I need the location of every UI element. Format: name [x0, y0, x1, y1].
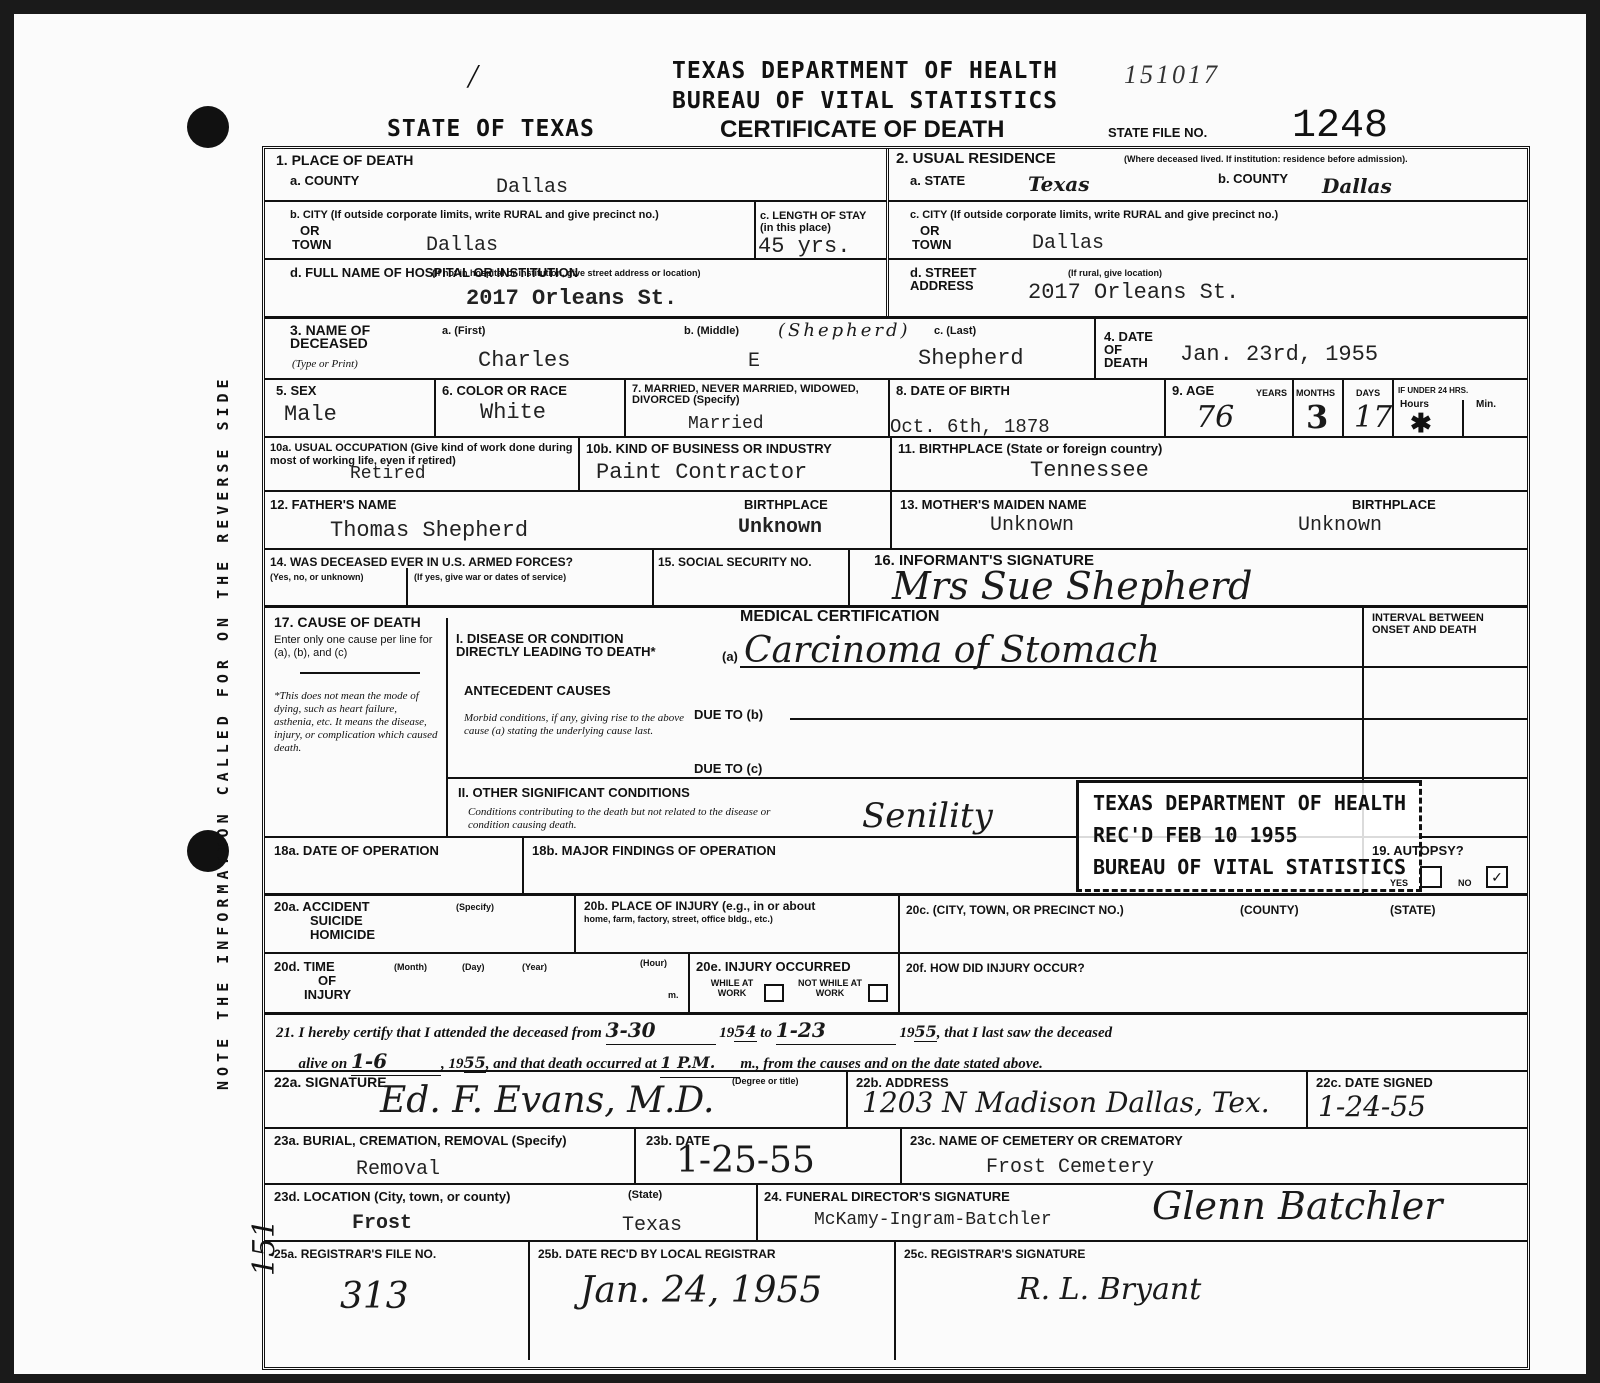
- due-to-c-label: DUE TO (c): [694, 762, 762, 775]
- cause-a-value: Carcinoma of Stomach: [744, 630, 1160, 671]
- year-prefix: 19: [719, 1025, 734, 1041]
- pod-hospital-value: 2017 Orleans St.: [466, 286, 677, 311]
- last-name-label: c. (Last): [934, 326, 976, 336]
- age-years-value: 76: [1196, 400, 1234, 435]
- middle-name-hand: (Shepherd): [778, 320, 911, 341]
- burial-type-value: Removal: [356, 1158, 440, 1181]
- autopsy-label: 19. AUTOPSY?: [1372, 844, 1464, 857]
- place-of-death-label: 1. PLACE OF DEATH: [276, 154, 413, 167]
- injury-occurred-label: 20e. INJURY OCCURRED: [696, 960, 851, 973]
- burial-type-label: 23a. BURIAL, CREMATION, REMOVAL (Specify…: [274, 1134, 567, 1147]
- burial-location-value: Frost: [352, 1212, 412, 1235]
- res-city-town: TOWN: [912, 238, 951, 251]
- res-city-value: Dallas: [1032, 232, 1104, 255]
- registrar-date-value: Jan. 24, 1955: [580, 1270, 822, 1311]
- pod-county-value: Dallas: [496, 176, 568, 199]
- sex-label: 5. SEX: [276, 384, 316, 397]
- certify-text-5: m., from the causes and on the date stat…: [740, 1056, 1043, 1072]
- to-word: to: [760, 1025, 772, 1041]
- injury-state-label: (STATE): [1390, 904, 1436, 917]
- pod-stay-value: 45 yrs.: [758, 234, 850, 259]
- document-title: CERTIFICATE OF DEATH: [720, 116, 1004, 144]
- age-label: 9. AGE: [1172, 384, 1214, 397]
- received-stamp: TEXAS DEPARTMENT OF HEALTH REC'D FEB 10 …: [1076, 780, 1422, 892]
- cause-note: *This does not mean the mode of dying, s…: [274, 690, 438, 755]
- age-days-label: DAYS: [1356, 388, 1380, 398]
- how-injury-label: 20f. HOW DID INJURY OCCUR?: [906, 962, 1085, 975]
- father-birthplace-value: Unknown: [738, 516, 822, 539]
- certification-statement: 21. I hereby certify that I attended the…: [276, 1016, 1112, 1078]
- other-conditions-value: Senility: [862, 796, 993, 836]
- birthplace-value: Tennessee: [1030, 458, 1149, 483]
- burial-state-value: Texas: [622, 1214, 682, 1237]
- pod-stay-label: c. LENGTH OF STAY (in this place): [760, 210, 880, 234]
- res-street-value: 2017 Orleans St.: [1028, 280, 1239, 305]
- injury-m-label: m.: [668, 990, 679, 1000]
- father-name-label: 12. FATHER'S NAME: [270, 498, 396, 511]
- autopsy-yes-checkbox[interactable]: [1420, 866, 1442, 888]
- burial-state-label: (State): [628, 1190, 662, 1200]
- name-sublabel: (Type or Print): [292, 358, 358, 371]
- injury-time-injury: INJURY: [304, 988, 351, 1001]
- res-street-label: d. STREET ADDRESS: [910, 266, 1000, 292]
- hand-mark: /: [468, 58, 477, 96]
- while-at-work-label: WHILE AT WORK: [700, 978, 764, 998]
- injury-place-label: 20b. PLACE OF INJURY (e.g., in or about: [584, 900, 815, 913]
- state-file-number: 1248: [1292, 104, 1388, 149]
- hours-mark: ✱: [1410, 408, 1432, 439]
- other-conditions-label: II. OTHER SIGNIFICANT CONDITIONS: [458, 786, 690, 799]
- injury-type-suicide: SUICIDE: [310, 914, 363, 927]
- physician-signature: Ed. F. Evans, M.D.: [380, 1080, 714, 1121]
- physician-address: 1203 N Madison Dallas, Tex.: [862, 1086, 1270, 1119]
- year-prefix: 19: [899, 1025, 914, 1041]
- date-of-death-label: 4. DATE OF DEATH: [1104, 330, 1164, 369]
- injury-type-homicide: HOMICIDE: [310, 928, 375, 941]
- certify-text-2: that I last saw the deceased: [944, 1025, 1112, 1041]
- funeral-director-label: 24. FUNERAL DIRECTOR'S SIGNATURE: [764, 1190, 1010, 1203]
- dob-label: 8. DATE OF BIRTH: [896, 384, 1010, 397]
- pod-city-or: OR: [300, 224, 320, 237]
- date-of-death-value: Jan. 23rd, 1955: [1180, 342, 1378, 367]
- race-value: White: [480, 400, 546, 425]
- last-seen-date: 1-6: [351, 1047, 441, 1076]
- autopsy-no-label: NO: [1458, 878, 1472, 888]
- pod-city-label: b. CITY (If outside corporate limits, wr…: [290, 210, 659, 220]
- cemetery-label: 23c. NAME OF CEMETERY OR CREMATORY: [910, 1134, 1183, 1147]
- injury-place-examples: home, farm, factory, street, office bldg…: [584, 914, 773, 924]
- middle-name-value: E: [748, 350, 760, 373]
- name-label: 3. NAME OF DECEASED: [290, 324, 400, 350]
- cause-instructions: Enter only one cause per line for (a), (…: [274, 634, 438, 660]
- antecedent-label: ANTECEDENT CAUSES: [464, 684, 611, 697]
- state-title: STATE OF TEXAS: [387, 116, 595, 142]
- side-note: NOTE THE INFORMATION CALLED FOR ON THE R…: [214, 374, 232, 1090]
- stamp-line-1: TEXAS DEPARTMENT OF HEALTH: [1093, 791, 1406, 815]
- usual-residence-label: 2. USUAL RESIDENCE: [896, 152, 1056, 165]
- under-24-label: IF UNDER 24 HRS.: [1398, 386, 1468, 396]
- injury-year-label: (Year): [522, 962, 547, 972]
- mother-birthplace-label: BIRTHPLACE: [1352, 498, 1436, 511]
- injury-county-label: (COUNTY): [1240, 904, 1299, 917]
- pod-city-town: TOWN: [292, 238, 331, 251]
- agency-title: TEXAS DEPARTMENT OF HEALTH: [672, 58, 1058, 84]
- race-label: 6. COLOR OR RACE: [442, 384, 567, 397]
- operation-findings-label: 18b. MAJOR FINDINGS OF OPERATION: [532, 844, 776, 857]
- pod-city-value: Dallas: [426, 234, 498, 257]
- punch-hole: [187, 106, 229, 148]
- physician-signature-label: 22a. SIGNATURE: [274, 1076, 387, 1089]
- hand-number: 151017: [1124, 60, 1220, 90]
- registrar-signature: R. L. Bryant: [1018, 1272, 1201, 1307]
- pod-hospital-note: (If not in hospital or institution, give…: [432, 268, 701, 278]
- usual-residence-note: (Where deceased lived. If institution: r…: [1124, 154, 1408, 164]
- last-name-value: Shepherd: [918, 346, 1024, 371]
- occupation-value: Retired: [350, 464, 426, 484]
- while-at-work-checkbox[interactable]: [764, 984, 784, 1002]
- mother-birthplace-value: Unknown: [1298, 514, 1382, 537]
- armed-forces-label: 14. WAS DECEASED EVER IN U.S. ARMED FORC…: [270, 556, 573, 569]
- bureau-title: BUREAU OF VITAL STATISTICS: [672, 88, 1058, 114]
- funeral-director-signature: Glenn Batchler: [1152, 1184, 1442, 1228]
- degree-label: (Degree or title): [732, 1076, 799, 1086]
- certify-text-3: alive on: [299, 1056, 348, 1072]
- res-county-label: b. COUNTY: [1218, 172, 1288, 185]
- pod-county-label: a. COUNTY: [290, 174, 359, 187]
- res-state-value: Texas: [1028, 172, 1089, 196]
- injury-location-label: 20c. (CITY, TOWN, OR PRECINCT NO.): [906, 904, 1124, 917]
- not-while-at-work-checkbox[interactable]: [868, 984, 888, 1002]
- attended-from-date: 3-30: [606, 1016, 716, 1045]
- mother-name-label: 13. MOTHER'S MAIDEN NAME: [900, 498, 1087, 511]
- marital-label: 7. MARRIED, NEVER MARRIED, WIDOWED, DIVO…: [632, 384, 882, 406]
- operation-date-label: 18a. DATE OF OPERATION: [274, 844, 439, 857]
- armed-forces-sub2: (If yes, give war or dates of service): [414, 572, 566, 582]
- first-name-label: a. (First): [442, 326, 485, 336]
- last-seen-year: 55: [464, 1053, 486, 1073]
- informant-signature: Mrs Sue Shepherd: [892, 564, 1253, 608]
- mother-name-value: Unknown: [990, 514, 1074, 537]
- registrar-signature-label: 25c. REGISTRAR'S SIGNATURE: [904, 1248, 1085, 1261]
- business-value: Paint Contractor: [596, 460, 807, 485]
- due-to-b-label: DUE TO (b): [694, 708, 763, 721]
- not-while-at-work-label: NOT WHILE AT WORK: [794, 978, 866, 998]
- dob-value: Oct. 6th, 1878: [890, 416, 1050, 438]
- injury-specify: (Specify): [456, 902, 494, 912]
- year-prefix: 19: [449, 1056, 464, 1072]
- birthplace-label: 11. BIRTHPLACE (State or foreign country…: [898, 442, 1162, 455]
- burial-date-value: 1-25-55: [676, 1140, 815, 1181]
- sex-value: Male: [284, 402, 337, 427]
- cause-a-label: (a): [722, 650, 738, 663]
- injury-day-label: (Day): [462, 962, 485, 972]
- stamp-line-2: REC'D FEB 10 1955: [1093, 823, 1298, 847]
- time-of-death: 1 P.M.: [660, 1049, 740, 1078]
- min-label: Min.: [1476, 400, 1496, 410]
- registrar-file-value: 313: [340, 1276, 409, 1317]
- injury-hour-label: (Hour): [640, 958, 667, 968]
- antecedent-note: Morbid conditions, if any, giving rise t…: [464, 712, 694, 738]
- ssn-label: 15. SOCIAL SECURITY NO.: [658, 556, 812, 569]
- disease-label: I. DISEASE OR CONDITION DIRECTLY LEADING…: [456, 632, 656, 658]
- interval-label: INTERVAL BETWEEN ONSET AND DEATH: [1372, 612, 1522, 636]
- injury-month-label: (Month): [394, 962, 427, 972]
- res-state-label: a. STATE: [910, 174, 965, 187]
- state-file-label: STATE FILE NO.: [1108, 125, 1207, 140]
- autopsy-yes-label: YES: [1390, 878, 1408, 888]
- burial-location-label: 23d. LOCATION (City, town, or county): [274, 1190, 510, 1203]
- armed-forces-sub1: (Yes, no, or unknown): [270, 572, 364, 582]
- middle-name-label: b. (Middle): [684, 326, 739, 336]
- cause-label: 17. CAUSE OF DEATH: [274, 616, 421, 629]
- attended-from-year: 54: [734, 1022, 756, 1042]
- father-name-value: Thomas Shepherd: [330, 518, 528, 543]
- res-street-note: (If rural, give location): [1068, 268, 1162, 278]
- cemetery-value: Frost Cemetery: [986, 1156, 1154, 1179]
- injury-time-label: 20d. TIME: [274, 960, 335, 973]
- registrar-file-label: 25a. REGISTRAR'S FILE NO.: [274, 1248, 436, 1261]
- autopsy-no-checkbox[interactable]: ✓: [1486, 866, 1508, 888]
- res-city-label: c. CITY (If outside corporate limits, wr…: [910, 210, 1278, 220]
- injury-time-of: OF: [318, 974, 336, 987]
- other-conditions-note: Conditions contributing to the death but…: [468, 806, 788, 832]
- age-months-value: 3: [1306, 398, 1328, 436]
- medical-cert-title: MEDICAL CERTIFICATION: [740, 610, 939, 623]
- first-name-value: Charles: [478, 348, 570, 373]
- age-years-label: YEARS: [1256, 388, 1287, 398]
- age-months-label: MONTHS: [1296, 388, 1335, 398]
- business-label: 10b. KIND OF BUSINESS OR INDUSTRY: [586, 442, 832, 455]
- certify-text-1: 21. I hereby certify that I attended the…: [276, 1025, 602, 1041]
- registrar-date-label: 25b. DATE REC'D BY LOCAL REGISTRAR: [538, 1248, 776, 1261]
- date-signed-label: 22c. DATE SIGNED: [1316, 1076, 1433, 1089]
- injury-type-label: 20a. ACCIDENT: [274, 900, 370, 913]
- res-city-or: OR: [920, 224, 940, 237]
- attended-to-date: 1-23: [776, 1016, 896, 1045]
- res-county-value: Dallas: [1322, 174, 1392, 198]
- date-signed-value: 1-24-55: [1318, 1090, 1426, 1123]
- father-birthplace-label: BIRTHPLACE: [744, 498, 828, 511]
- age-days-value: 17: [1354, 400, 1392, 435]
- certify-text-4: and that death occurred at: [493, 1056, 656, 1072]
- funeral-home-value: McKamy-Ingram-Batchler: [814, 1210, 1052, 1230]
- marital-value: Married: [688, 414, 764, 434]
- stamp-line-3: BUREAU OF VITAL STATISTICS: [1093, 855, 1406, 879]
- attended-to-year: 55: [914, 1022, 936, 1042]
